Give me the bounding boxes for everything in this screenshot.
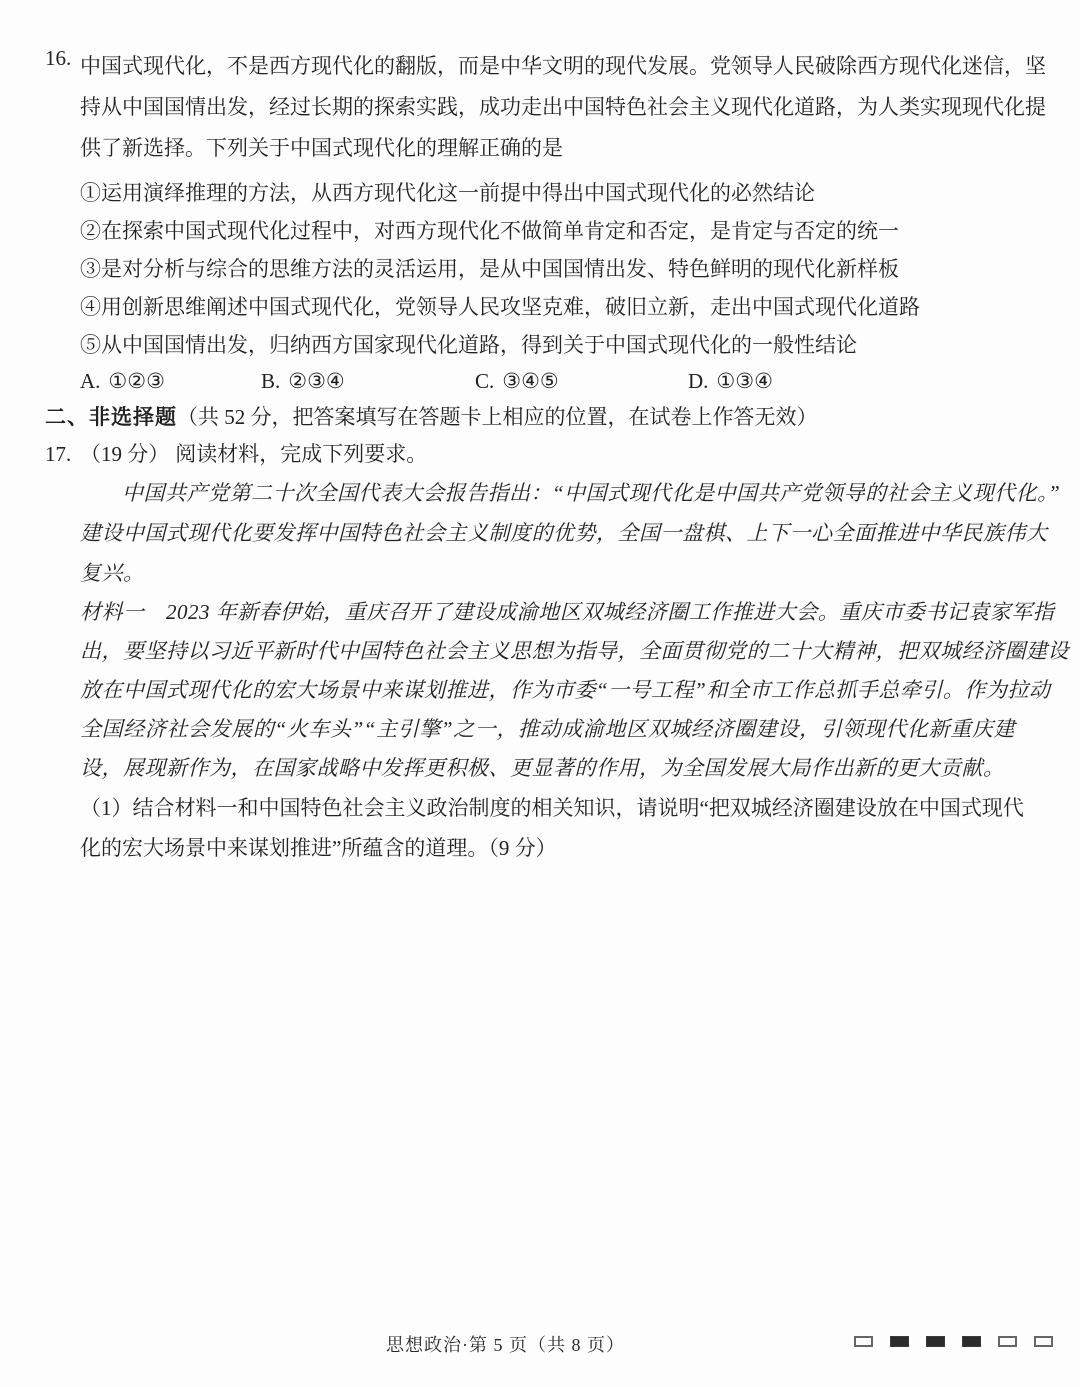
- registration-mark-outline: [1034, 1336, 1053, 1347]
- text-line: ③是对分析与综合的思维方法的灵活运用，是从中国国情出发、特色鲜明的现代化新样板: [80, 250, 1015, 288]
- option-b-label: B.: [261, 369, 280, 393]
- text-line: 中国式现代化，不是西方现代化的翻版，而是中华文明的现代发展。党领导人民破除西方现…: [80, 46, 1015, 87]
- text-line: ④用创新思维阐述中国式现代化，党领导人民攻坚克难，破旧立新，走出中国式现代化道路: [80, 288, 1015, 326]
- question-16-options: A.①②③ B.②③④ C.③④⑤ D.①③④: [80, 364, 1015, 399]
- text-line: 出，要坚持以习近平新时代中国特色社会主义思想为指导，全面贯彻党的二十大精神，把双…: [80, 632, 1015, 671]
- text-line: 复兴。: [80, 553, 1015, 593]
- option-a: A.①②③: [80, 364, 261, 399]
- question-16-block: 16. 中国式现代化，不是西方现代化的翻版，而是中华文明的现代发展。党领导人民破…: [45, 46, 1015, 399]
- question-16-number: 16.: [45, 46, 80, 71]
- option-d-label: D.: [688, 369, 708, 393]
- question-17-block: 17. （19 分）阅读材料，完成下列要求。 中国共产党第二十次全国代表大会报告…: [45, 436, 1015, 868]
- text-line: ①运用演绎推理的方法，从西方现代化这一前提中得出中国式现代化的必然结论: [80, 174, 1015, 212]
- option-c-label: C.: [475, 369, 494, 393]
- registration-mark-filled: [926, 1336, 945, 1347]
- option-d: D.①③④: [688, 364, 773, 399]
- question-17-instruction: 阅读材料，完成下列要求。: [175, 442, 427, 466]
- sub-question-1: （1）结合材料一和中国特色社会主义政治制度的相关知识，请说明“把双城经济圈建设放…: [80, 788, 1015, 868]
- option-c: C.③④⑤: [475, 364, 688, 399]
- text-line: ⑤从中国国情出发，归纳西方国家现代化道路，得到关于中国式现代化的一般性结论: [80, 326, 1015, 364]
- option-b: B.②③④: [261, 364, 475, 399]
- section-2-heading-note: （共 52 分，把答案填写在答题卡上相应的位置，在试卷上作答无效）: [177, 405, 818, 429]
- text-line: ②在探索中国式现代化过程中，对西方现代化不做简单肯定和否定，是肯定与否定的统一: [80, 212, 1015, 250]
- question-16-numbered-items: ①运用演绎推理的方法，从西方现代化这一前提中得出中国式现代化的必然结论②在探索中…: [80, 174, 1015, 364]
- registration-mark-outline: [854, 1336, 873, 1347]
- registration-mark-filled: [890, 1336, 909, 1347]
- option-c-value: ③④⑤: [502, 369, 558, 393]
- text-line: 化的宏大场景中来谋划推进”所蕴含的道理。（9 分）: [80, 828, 1015, 868]
- text-line: 供了新选择。下列关于中国式现代化的理解正确的是: [80, 128, 1015, 169]
- question-17-intro-line: （19 分）阅读材料，完成下列要求。: [80, 436, 1015, 473]
- question-17-score-note: （19 分）: [80, 442, 169, 466]
- page-content: 16. 中国式现代化，不是西方现代化的翻版，而是中华文明的现代发展。党领导人民破…: [45, 46, 1015, 868]
- text-line: 材料一 2023 年新春伊始，重庆召开了建设成渝地区双城经济圈工作推进大会。重庆…: [80, 593, 1015, 632]
- option-d-value: ①③④: [716, 369, 772, 393]
- exam-page: 16. 中国式现代化，不是西方现代化的翻版，而是中华文明的现代发展。党领导人民破…: [0, 0, 1080, 1387]
- section-2-heading-title: 二、非选择题: [45, 406, 177, 429]
- text-line: 全国经济社会发展的“火车头”“主引擎”之一，推动成渝地区双城经济圈建设，引领现代…: [80, 710, 1015, 749]
- question-17-body: （19 分）阅读材料，完成下列要求。 中国共产党第二十次全国代表大会报告指出：“…: [80, 436, 1015, 868]
- registration-marks: [854, 1336, 1070, 1347]
- text-line: （1）结合材料一和中国特色社会主义政治制度的相关知识，请说明“把双城经济圈建设放…: [80, 788, 1015, 828]
- registration-mark-filled: [962, 1336, 981, 1347]
- option-a-label: A.: [80, 369, 100, 393]
- page-number-label: 思想政治·第 5 页（共 8 页）: [386, 1331, 625, 1357]
- option-a-value: ①②③: [108, 369, 164, 393]
- registration-mark-outline: [998, 1336, 1017, 1347]
- text-line: 中国共产党第二十次全国代表大会报告指出：“中国式现代化是中国共产党领导的社会主义…: [80, 473, 1015, 513]
- question-16-body: 中国式现代化，不是西方现代化的翻版，而是中华文明的现代发展。党领导人民破除西方现…: [80, 46, 1015, 399]
- text-line: 放在中国式现代化的宏大场景中来谋划推进，作为市委“一号工程”和全市工作总抓手总牵…: [80, 671, 1015, 710]
- text-line: 建设中国式现代化要发挥中国特色社会主义制度的优势，全国一盘棋、上下一心全面推进中…: [80, 513, 1015, 553]
- question-16-stem: 中国式现代化，不是西方现代化的翻版，而是中华文明的现代发展。党领导人民破除西方现…: [80, 46, 1015, 169]
- question-17-number: 17.: [45, 436, 80, 473]
- material-1-paragraph: 材料一 2023 年新春伊始，重庆召开了建设成渝地区双城经济圈工作推进大会。重庆…: [80, 593, 1015, 788]
- text-line: 持从中国国情出发，经过长期的探索实践，成功走出中国特色社会主义现代化道路，为人类…: [80, 87, 1015, 128]
- question-17-intro-paragraph: 中国共产党第二十次全国代表大会报告指出：“中国式现代化是中国共产党领导的社会主义…: [80, 473, 1015, 593]
- text-line: 设，展现新作为，在国家战略中发挥更积极、更显著的作用，为全国发展大局作出新的更大…: [80, 749, 1015, 788]
- section-2-heading: 二、非选择题（共 52 分，把答案填写在答题卡上相应的位置，在试卷上作答无效）: [45, 399, 1015, 436]
- option-b-value: ②③④: [288, 369, 344, 393]
